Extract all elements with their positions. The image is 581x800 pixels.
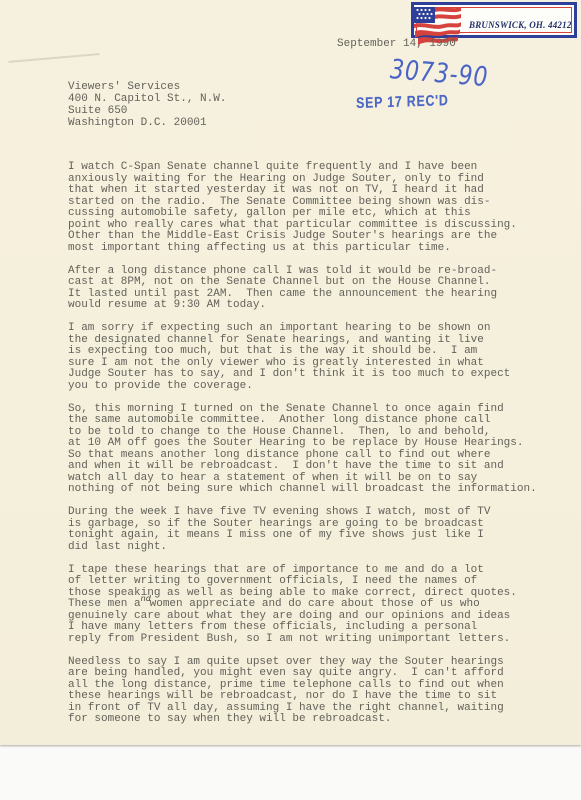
postage-label: BRUNSWICK, OH. 44212 bbox=[411, 2, 577, 38]
paragraph-3: I am sorry if expecting such an importan… bbox=[68, 323, 560, 392]
paragraph-5: During the week I have five TV evening s… bbox=[68, 507, 560, 553]
received-stamp: SEP 17 REC'D bbox=[356, 93, 449, 111]
paragraph-7: Needless to say I am quite upset over th… bbox=[68, 657, 560, 726]
scanned-letter: BRUNSWICK, OH. 44212 September 14, 1990 … bbox=[0, 0, 581, 800]
case-number-annotation: 3073-90 bbox=[389, 55, 489, 93]
handwritten-insertion: nd bbox=[141, 595, 150, 603]
date-line: September 14, 1990 bbox=[337, 38, 456, 50]
paragraph-6: I tape these hearings that are of import… bbox=[68, 565, 560, 646]
postage-label-text: BRUNSWICK, OH. 44212 bbox=[469, 20, 572, 30]
paragraph-4: So, this morning I turned on the Senate … bbox=[68, 404, 560, 496]
paragraph-2: After a long distance phone call I was t… bbox=[68, 266, 560, 312]
letter-body: I watch C-Span Senate channel quite freq… bbox=[68, 162, 560, 737]
recipient-address: Viewers' Services 400 N. Capitol St., N.… bbox=[68, 81, 226, 129]
paragraph-1: I watch C-Span Senate channel quite freq… bbox=[68, 162, 560, 254]
paper-crease bbox=[8, 53, 100, 63]
scanner-background bbox=[0, 745, 581, 800]
letter-page: BRUNSWICK, OH. 44212 September 14, 1990 … bbox=[0, 0, 581, 745]
